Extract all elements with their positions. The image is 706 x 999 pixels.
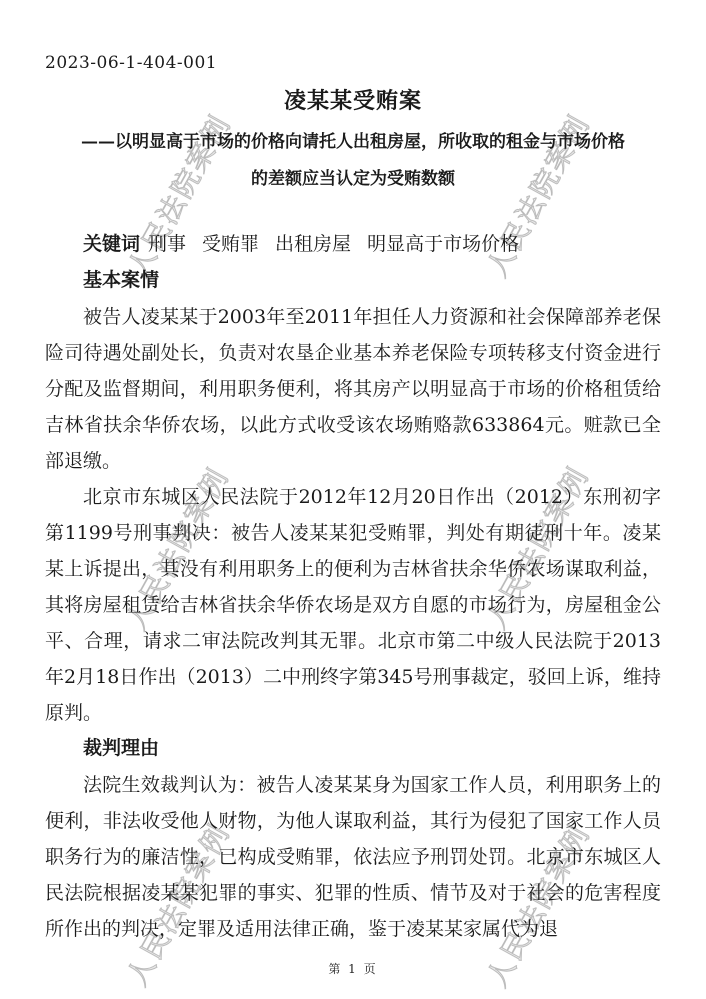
document-page: 人民法院案例 人民法院案例 人民法院案例 人民法院案例 人民法院案例 人民法院案… (0, 0, 706, 999)
keyword-item: 明显高于市场价格 (367, 233, 519, 255)
section-heading-basic-facts: 基本案情 (45, 263, 661, 299)
case-number: 2023-06-1-404-001 (45, 52, 661, 74)
keyword-item: 受贿罪 (202, 233, 259, 255)
page-number: 第 1 页 (0, 960, 706, 977)
paragraph: 法院生效裁判认为：被告人凌某某身为国家工作人员，利用职务上的便利，非法收受他人财… (45, 767, 661, 947)
case-title: 凌某某受贿案 (45, 86, 661, 116)
keywords-line: 关键词刑事受贿罪出租房屋明显高于市场价格 (45, 226, 661, 263)
paragraph: 北京市东城区人民法院于2012年12月20日作出（2012）东刑初字第1199号… (45, 479, 661, 731)
keyword-item: 出租房屋 (275, 233, 351, 255)
paragraph: 被告人凌某某于2003年至2011年担任人力资源和社会保障部养老保险司待遇处副处… (45, 299, 661, 479)
section-heading-judgment-reasons: 裁判理由 (45, 731, 661, 767)
document-content: 2023-06-1-404-001 凌某某受贿案 ——以明显高于市场的价格向请托… (0, 0, 706, 947)
case-subtitle: ——以明显高于市场的价格向请托人出租房屋，所收取的租金与市场价格的差额应当认定为… (45, 124, 661, 198)
keywords-label: 关键词 (83, 234, 140, 255)
keyword-item: 刑事 (148, 233, 186, 255)
